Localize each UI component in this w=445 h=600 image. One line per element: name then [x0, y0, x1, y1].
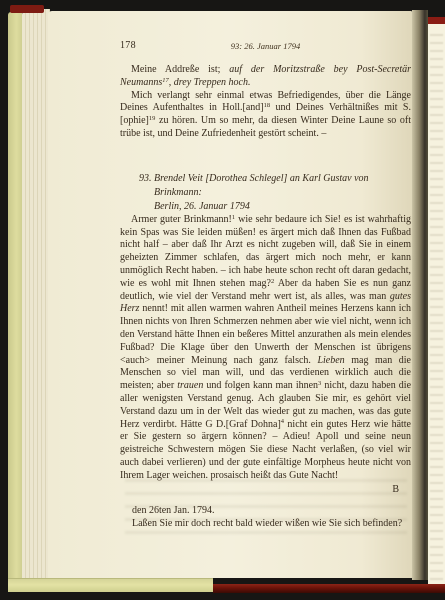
- left-page-edges: [8, 12, 22, 588]
- page-header: 178 93: 26. Januar 1794: [120, 40, 411, 53]
- gutter-shadow: [412, 10, 428, 580]
- postscript-line: Laßen Sie mir doch recht bald wieder wiß…: [132, 518, 411, 531]
- letter92-address-paragraph: Meine Addreße ist; auf der Moritzstraße …: [120, 64, 411, 90]
- running-header: 93: 26. Januar 1794: [231, 41, 300, 51]
- letter92-closing-paragraph: Mich verlangt sehr einmal etwas Befriedi…: [120, 90, 411, 141]
- facing-page-edge: [428, 24, 445, 584]
- left-page-stack: [22, 9, 50, 580]
- page-number: 178: [120, 40, 136, 53]
- book-cover-top-left: [10, 5, 44, 13]
- signature-row: B: [120, 484, 411, 497]
- book-cover-bottom: [213, 584, 445, 593]
- bottom-page-edges: [8, 578, 213, 592]
- facing-page-text-blur: [430, 28, 443, 580]
- letter-title: Brendel Veit [Dorothea Schlegel] an Karl…: [154, 172, 411, 214]
- letter-title-line2: Berlin, 26. Januar 1794: [154, 201, 250, 212]
- book-page-photo: 178 93: 26. Januar 1794 Meine Addreße is…: [0, 0, 445, 600]
- printed-page-content: 178 93: 26. Januar 1794 Meine Addreße is…: [120, 40, 411, 531]
- dateline: den 26ten Jan. 1794.: [132, 505, 411, 518]
- letter93-body-paragraph: Armer guter Brinkmann!1 wie sehr bedaure…: [120, 214, 411, 483]
- letter93-heading: 93. Brendel Veit [Dorothea Schlegel] an …: [139, 172, 411, 214]
- signature-initial: B: [392, 484, 399, 495]
- book-cover-top-right: [428, 17, 445, 24]
- letter-number: 93.: [139, 172, 154, 214]
- letter-title-line1: Brendel Veit [Dorothea Schlegel] an Karl…: [154, 173, 369, 198]
